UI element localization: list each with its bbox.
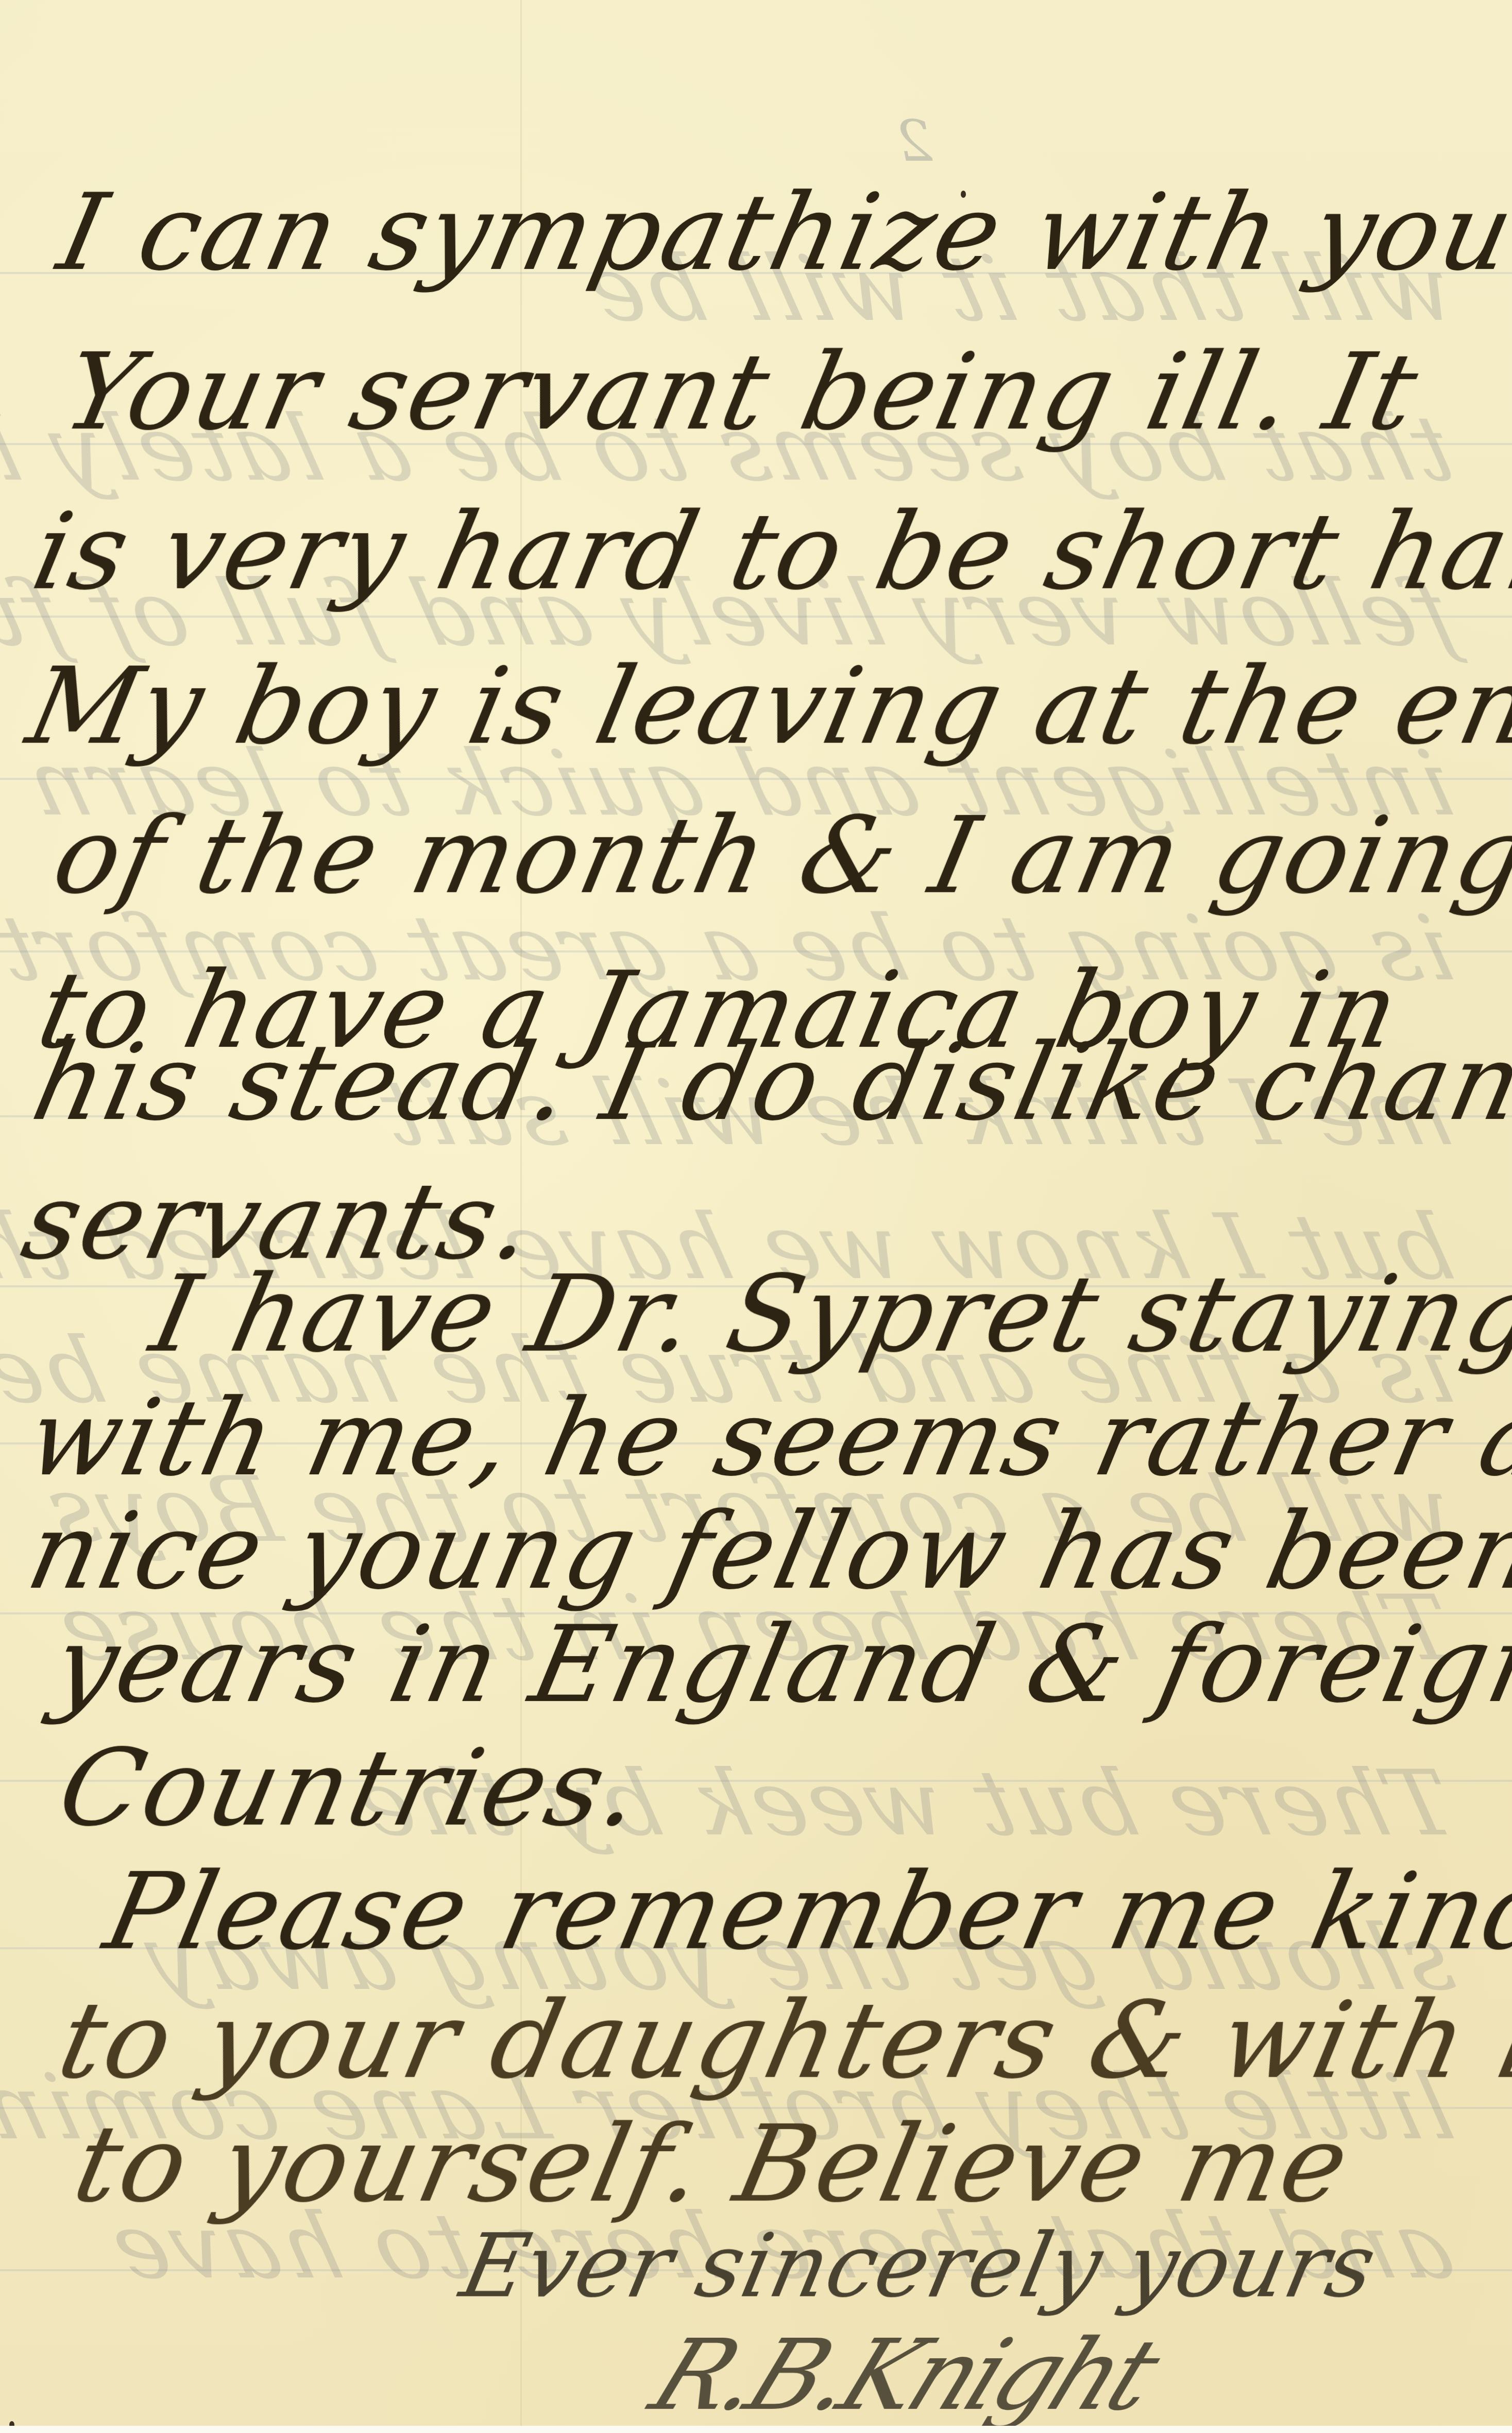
page-number: 2 [896, 108, 932, 174]
letter-line: Your servant being ill. It [56, 340, 1428, 446]
letter-page: will that it will be that boy seems to b… [0, 0, 1512, 2433]
letter-line: Countries. [50, 1736, 651, 1842]
letter-line: years in England & foreign [45, 1612, 1512, 1718]
ruled-line [0, 778, 1512, 780]
letter-line: with me, he seems rather a [20, 1386, 1512, 1491]
letter-signature: R.B.Knight [636, 2318, 1171, 2432]
letter-line: nice young fellow has been ten [20, 1499, 1512, 1605]
ink-speck [961, 191, 966, 198]
letter-line: is very hard to be short handed [25, 500, 1512, 605]
letter-line: I have Dr. Sypret staying [143, 1262, 1512, 1368]
letter-line: his stead. I do dislike changing [25, 1030, 1512, 1136]
letter-closing: Ever sincerely yours [453, 2215, 1384, 2317]
letter-line: to your daughters & with love [50, 1988, 1512, 2094]
scan-edge [0, 2426, 1512, 2433]
ruled-line [0, 616, 1512, 618]
letter-line: My boy is leaving at the end [20, 654, 1512, 760]
letter-line: Please remember me kindly [97, 1860, 1512, 1965]
letter-line: I can sympathize with you [50, 180, 1512, 286]
letter-line: of the month & I am going [45, 804, 1512, 909]
letter-line: to yourself. Believe me [66, 2112, 1358, 2218]
